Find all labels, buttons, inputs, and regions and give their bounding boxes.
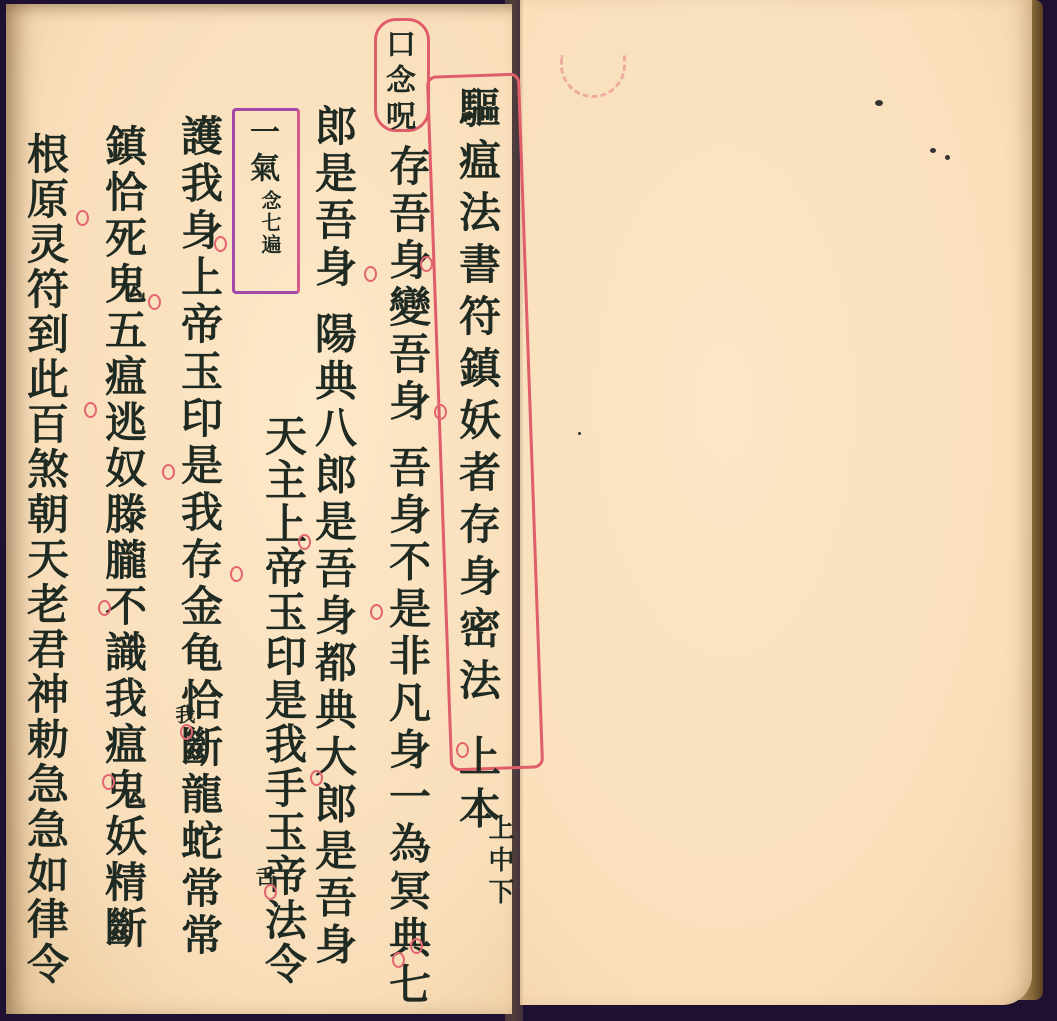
punctuation-circle: [370, 604, 383, 620]
margin-note-bottom: 上中下: [486, 814, 512, 910]
punctuation-circle: [456, 742, 469, 758]
punctuation-circle: [434, 404, 447, 420]
text-column-3: 天主上帝玉印是我手玉帝法令: [262, 414, 304, 986]
punctuation-circle: [392, 952, 405, 968]
manuscript-book: 口念呪 驅瘟法書符鎮妖者存身密法 上本 上中下 存吾身變吾身 吾身不是非凡身一為…: [0, 0, 1057, 1021]
punctuation-circle: [102, 774, 115, 790]
punctuation-circle: [214, 236, 227, 252]
left-page: 口念呪 驅瘟法書符鎮妖者存身密法 上本 上中下 存吾身變吾身 吾身不是非凡身一為…: [6, 4, 512, 1014]
punctuation-circle: [98, 600, 111, 616]
punctuation-circle: [148, 294, 161, 310]
ink-speck: [578, 432, 581, 435]
red-stain-mark: [560, 55, 626, 98]
text-column-5: 鎮恰死鬼五瘟逃奴滕朧不識我瘟鬼妖精斷: [102, 124, 144, 952]
punctuation-circle: [298, 534, 311, 550]
text-column-1: 存吾身變吾身 吾身不是非凡身一為冥典七: [386, 144, 428, 1010]
punctuation-circle: [76, 210, 89, 226]
right-page-blank: [520, 0, 1032, 1005]
ink-speck: [930, 148, 936, 153]
punctuation-circle: [180, 724, 193, 740]
punctuation-circle: [84, 402, 97, 418]
punctuation-circle: [162, 464, 175, 480]
punctuation-circle: [364, 266, 377, 282]
text-column-6: 根原灵符到此百煞朝天老君神勅急急如律令: [24, 132, 66, 987]
ink-speck: [945, 155, 950, 160]
margin-note-top: 口念呪: [382, 28, 412, 136]
punctuation-circle: [264, 884, 277, 900]
punctuation-circle: [230, 566, 243, 582]
punctuation-circle: [410, 938, 423, 954]
text-column-2: 郎是吾身 陽典八郎是吾身都典大郎是吾身: [312, 104, 354, 970]
instruction-line-1: 一氣: [246, 116, 276, 188]
punctuation-circle: [420, 256, 433, 272]
interlinear-note: 我: [174, 704, 194, 726]
document-title: 驅瘟法書符鎮妖者存身密法 上本: [456, 86, 498, 839]
instruction-line-2: 念七遍: [260, 190, 280, 256]
ink-speck: [875, 100, 883, 106]
punctuation-circle: [310, 770, 323, 786]
